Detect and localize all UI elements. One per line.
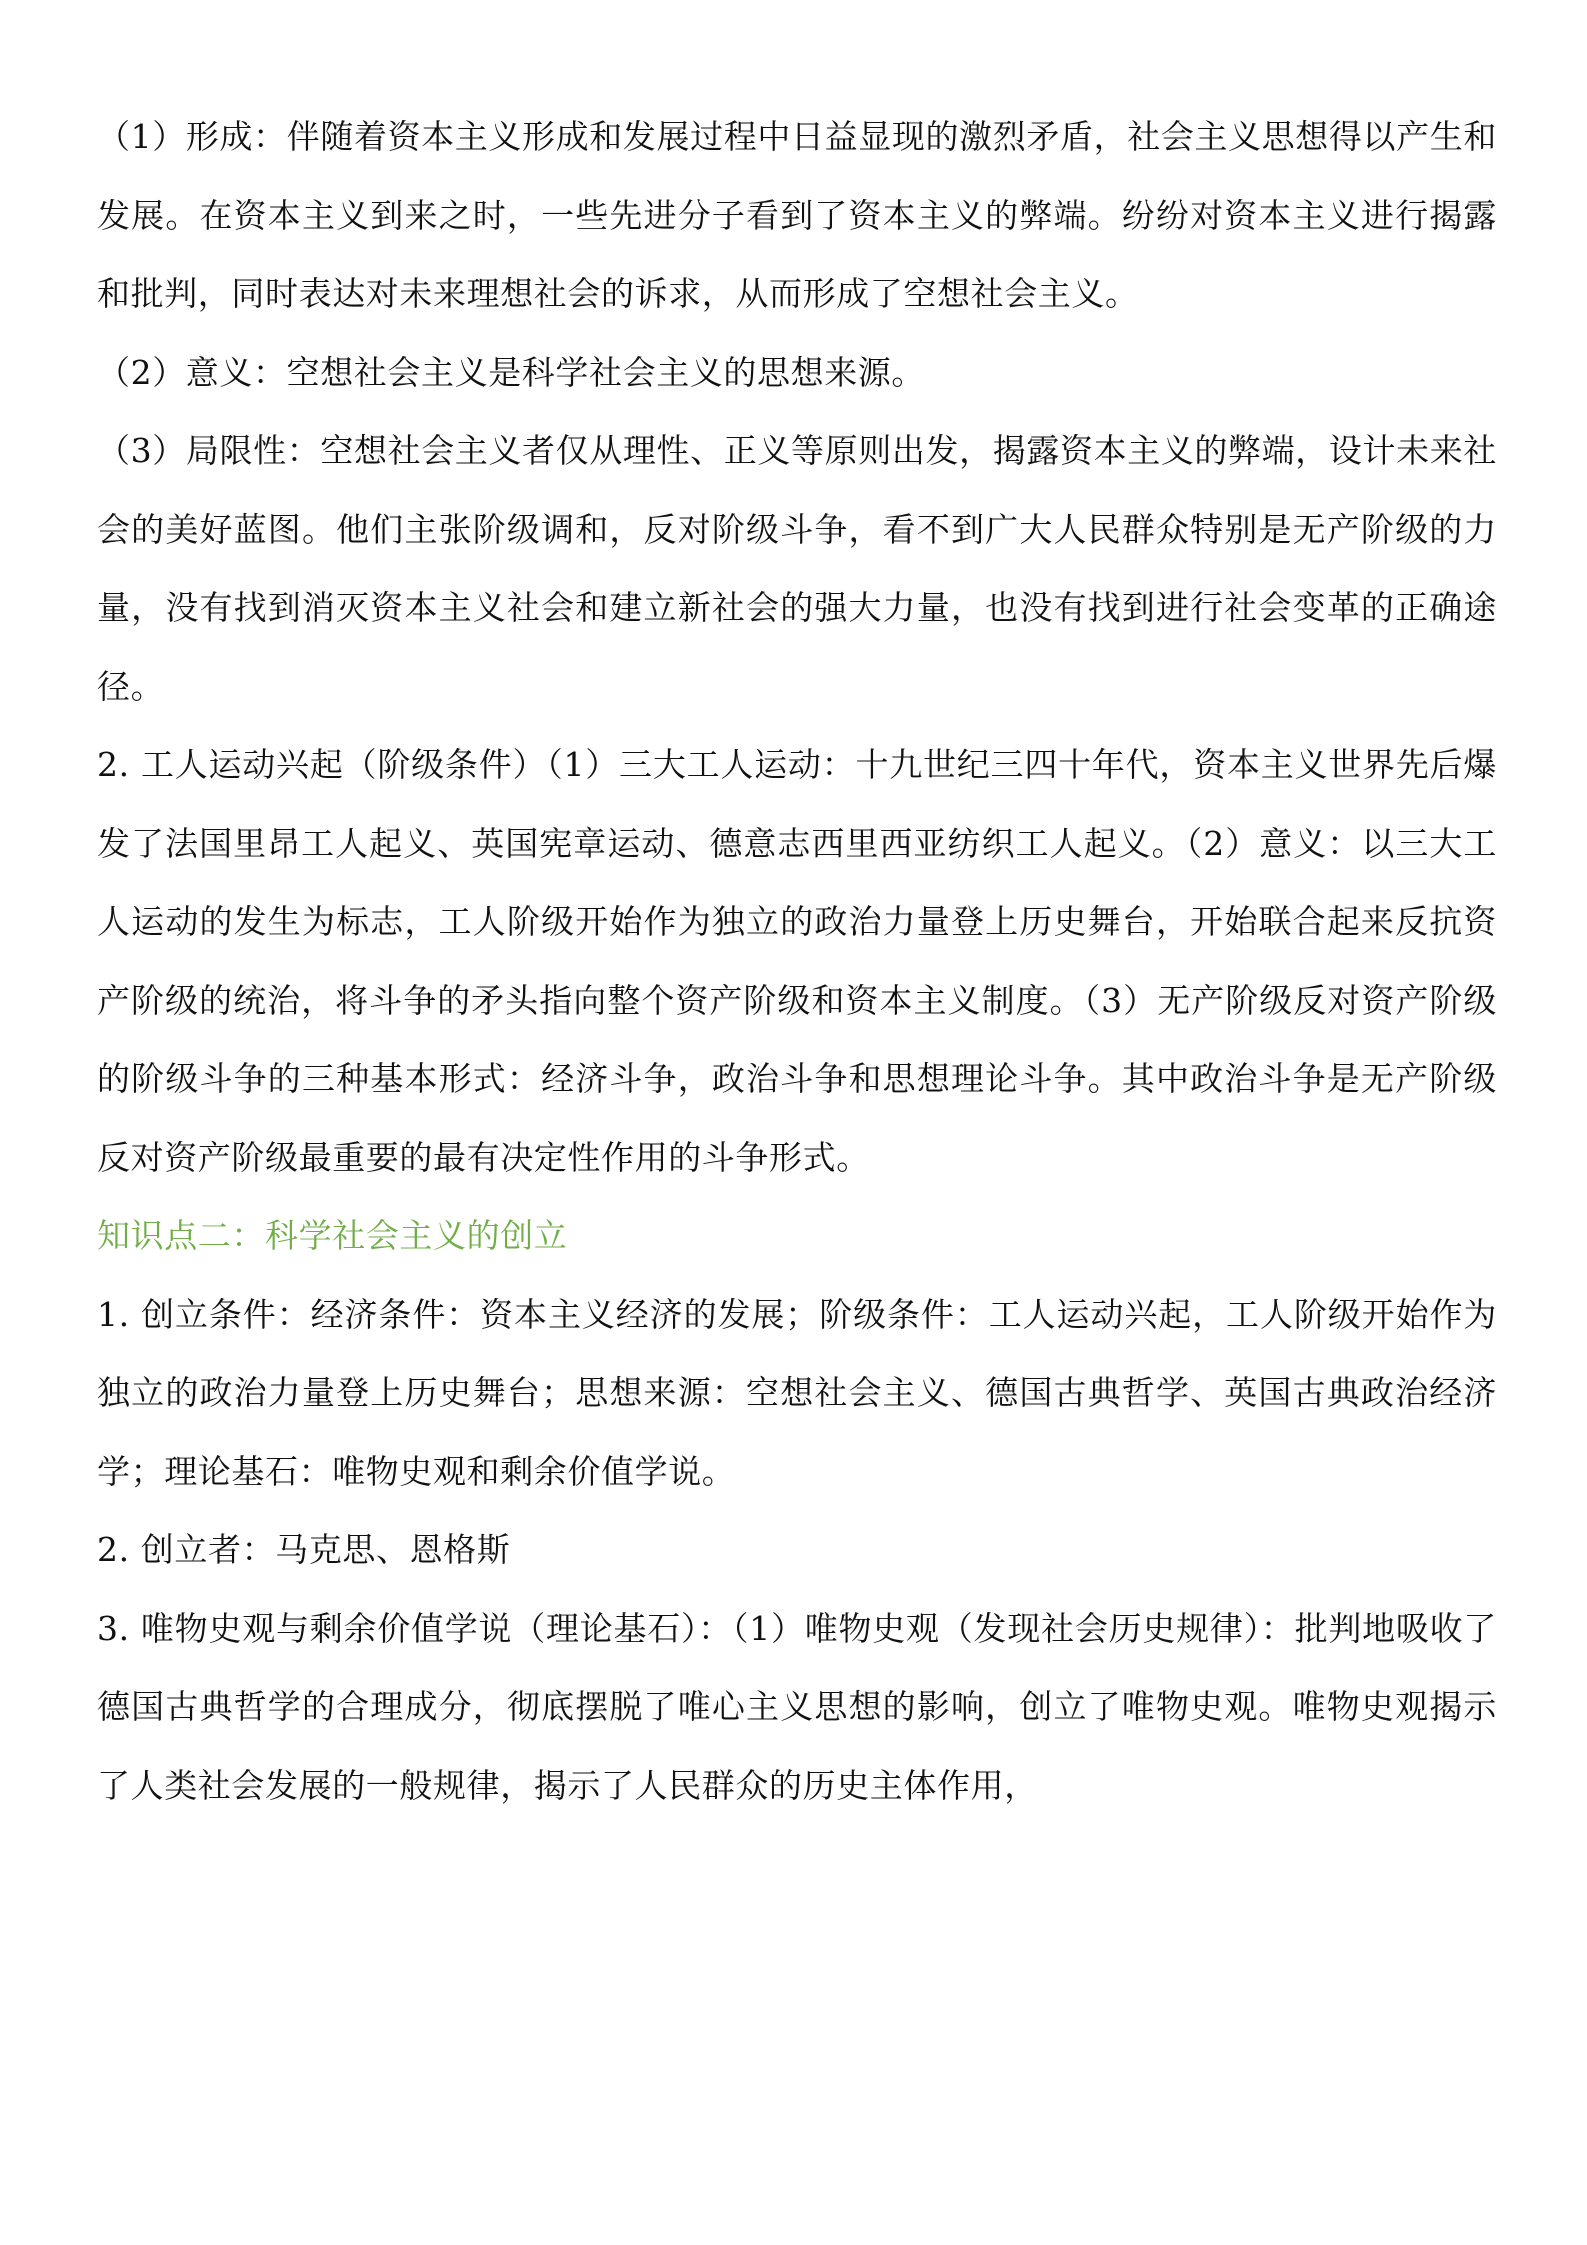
paragraph-founding-conditions: 1. 创立条件：经济条件：资本主义经济的发展；阶级条件：工人运动兴起，工人阶级开… <box>97 1276 1497 1512</box>
paragraph-workers-movement: 2. 工人运动兴起（阶级条件）（1）三大工人运动：十九世纪三四十年代，资本主义世… <box>97 726 1497 1197</box>
paragraph-founders: 2. 创立者：马克思、恩格斯 <box>97 1511 1497 1590</box>
document-page: （1）形成：伴随着资本主义形成和发展过程中日益显现的激烈矛盾，社会主义思想得以产… <box>97 98 1497 1825</box>
paragraph-limitations: （3）局限性：空想社会主义者仅从理性、正义等原则出发，揭露资本主义的弊端，设计未… <box>97 412 1497 726</box>
paragraph-significance: （2）意义：空想社会主义是科学社会主义的思想来源。 <box>97 334 1497 413</box>
section-heading: 知识点二：科学社会主义的创立 <box>97 1197 1497 1276</box>
paragraph-theoretical-cornerstones: 3. 唯物史观与剩余价值学说（理论基石）：（1）唯物史观（发现社会历史规律）：批… <box>97 1590 1497 1826</box>
paragraph-formation: （1）形成：伴随着资本主义形成和发展过程中日益显现的激烈矛盾，社会主义思想得以产… <box>97 98 1497 334</box>
